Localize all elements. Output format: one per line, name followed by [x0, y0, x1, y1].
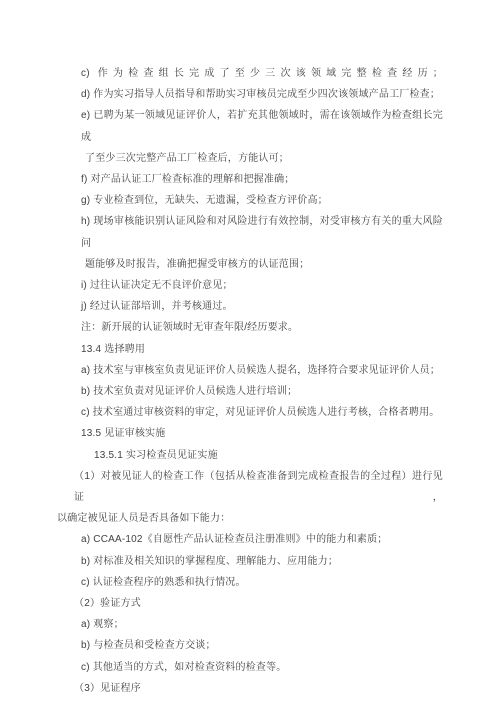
doc-line-13-4-b: b) 技术室负责对见证评价人员候选人进行培训； [81, 381, 443, 402]
doc-line-j-training-passed: j) 经过认证部培训，并考核通过。 [81, 296, 443, 317]
doc-line-ability-c-procedure: c) 认证检查程序的熟悉和执行情况。 [81, 572, 443, 593]
doc-line-c-review-lead: c) 作为检查组长完成了至少三次该领域完整检查经历； [81, 63, 443, 84]
doc-line-ability-a-ccaa102: a) CCAA-102《自愿性产品认证检查员注册准则》中的能力和素质； [81, 529, 443, 550]
doc-line-h-continuation: 题能够及时报告，准确把握受审核方的认证范围； [85, 254, 443, 275]
doc-line-method-b-interview: b) 与检查员和受检查方交谈； [81, 635, 443, 656]
doc-line-item-1-witness: （1）对被见证人的检查工作（包括从检查准备到完成检查报告的全过程）进行见证， [74, 466, 443, 508]
doc-line-e-hired-domain: e) 已聘为某一领域见证评价人，若扩充其他领域时，需在该领域作为检查组长完成 [81, 105, 443, 147]
doc-line-h-risk-control: h) 现场审核能识别认证风险和对风险进行有效控制，对受审核方有关的重大风险问 [81, 211, 443, 253]
section-heading-13-5: 13.5 见证审核实施 [81, 423, 443, 444]
doc-line-item-2-verify-method: （2）验证方式 [74, 593, 443, 614]
doc-line-method-c-other: c) 其他适当的方式，如对检查资料的检查等。 [81, 657, 443, 678]
doc-line-f-standard-grasp: f) 对产品认证工厂检查标准的理解和把握准确； [81, 169, 443, 190]
doc-line-g-inspection: g) 专业检查到位，无缺失、无遗漏，受检查方评价高； [81, 190, 443, 211]
doc-line-13-4-a: a) 技术室与审核室负责见证评价人员候选人提名，选择符合要求见证评价人员； [81, 360, 443, 381]
section-heading-13-5-1: 13.5.1 实习检查员见证实施 [94, 445, 443, 466]
document-page: c) 作为检查组长完成了至少三次该领域完整检查经历； d) 作为实习指导人员指导… [0, 0, 500, 707]
doc-line-item-1-continuation: 以确定被见证人员是否具备如下能力： [57, 508, 443, 529]
doc-line-d-trainee-guide: d) 作为实习指导人员指导和帮助实习审核员完成至少四次该领域产品工厂检查； [81, 84, 443, 105]
doc-line-ability-b-standard: b) 对标准及相关知识的掌握程度、理解能力、应用能力； [81, 551, 443, 572]
doc-line-i-past-decisions: i) 过往认证决定无不良评价意见； [81, 275, 443, 296]
doc-line-item-3-procedure: （3）见证程序 [74, 678, 443, 699]
doc-line-13-4-c: c) 技术室通过审核资料的审定，对见证评价人员候选人进行考核，合格者聘用。 [81, 402, 443, 423]
doc-line-note: 注：新开展的认证领域时无审查年限/经历要求。 [81, 317, 443, 338]
section-heading-13-4: 13.4 选择聘用 [81, 339, 443, 360]
doc-line-method-a-observe: a) 观察； [81, 614, 443, 635]
doc-line-e-continuation: 了至少三次完整产品工厂检查后，方能认可； [85, 148, 443, 169]
